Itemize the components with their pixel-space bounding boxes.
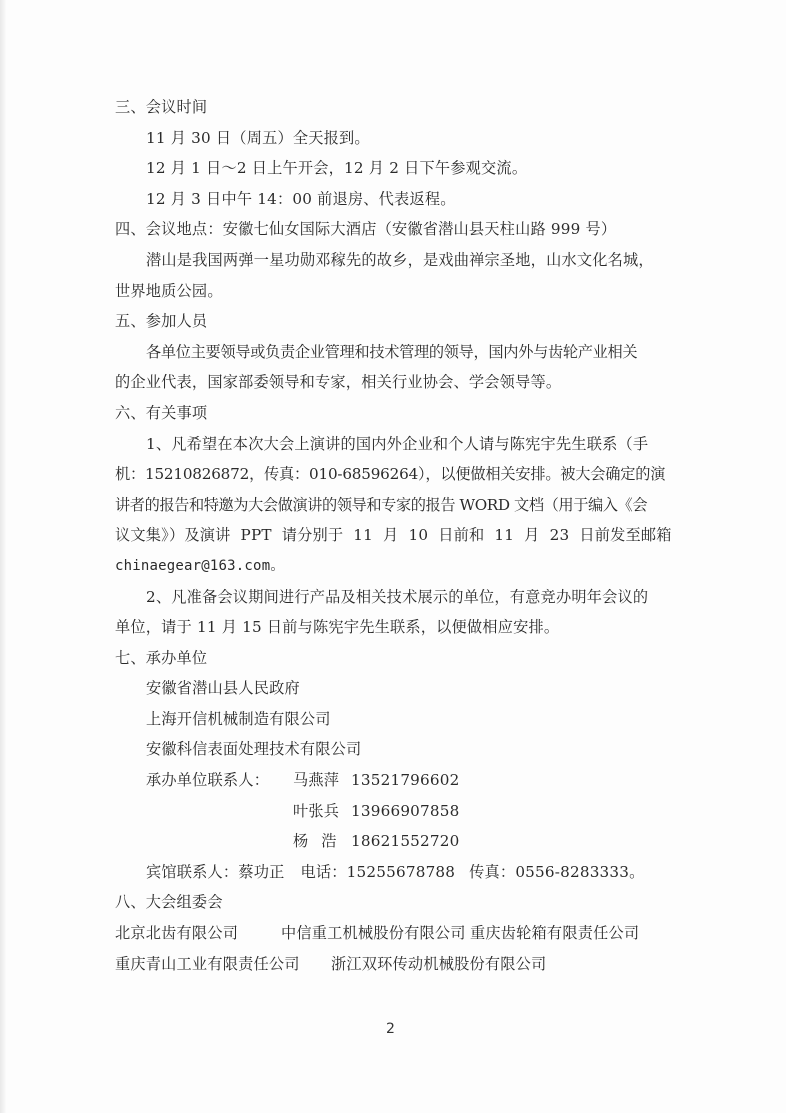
notes-item-1-line: 讲者的报告和特邀为大会做演讲的领导和专家的报告 WORD 文档（用于编入《会 [115, 490, 677, 521]
contact-email-link[interactable]: chinaegear@163.com。 [115, 551, 677, 582]
organizer-contact-row: 叶张兵 13966907858 [115, 796, 677, 827]
contact-phone: 18621552720 [351, 826, 460, 857]
notes-item-2-line: 单位，请于 11 月 15 日前与陈宪宇先生联系，以便做相应安排。 [115, 612, 677, 643]
section-heading-committee: 八、大会组委会 [115, 887, 677, 918]
contact-name: 叶张兵 [293, 796, 351, 827]
paragraph-line: 各单位主要领导或负责企业管理和技术管理的领导，国内外与齿轮产业相关 [115, 337, 677, 368]
notes-item-1-line: 机：15210826872，传真：010-68596264），以便做相关安排。被… [115, 459, 677, 490]
scan-page-edge [0, 0, 6, 1113]
notes-item-2-line: 2、凡准备会议期间进行产品及相关技术展示的单位，有意竞办明年会议的 [115, 582, 677, 613]
hotel-contact-name: 宾馆联系人：蔡功正 [146, 857, 285, 888]
page-number: 2 [386, 1021, 395, 1037]
section-heading-meeting-location: 四、会议地点：安徽七仙女国际大酒店（安徽省潜山县天柱山路 999 号） [115, 214, 677, 245]
document-body: 三、会议时间 11 月 30 日（周五）全天报到。 12 月 1 日～2 日上午… [115, 92, 677, 979]
committee-member: 北京北齿有限公司 [115, 918, 281, 949]
organizer-contact-row: 杨浩 18621552720 [115, 826, 677, 857]
hotel-contact-row: 宾馆联系人：蔡功正 电话：15255678788 传真：0556-8283333… [115, 857, 677, 888]
section-heading-participants: 五、参加人员 [115, 306, 677, 337]
paragraph-line: 世界地质公园。 [115, 276, 677, 307]
section-heading-notes: 六、有关事项 [115, 398, 677, 429]
organizer-name: 上海开信机械制造有限公司 [115, 704, 677, 735]
paragraph-line: 潜山是我国两弹一星功勋邓稼先的故乡，是戏曲禅宗圣地，山水文化名城， [115, 245, 677, 276]
committee-row: 北京北齿有限公司 中信重工机械股份有限公司 重庆齿轮箱有限责任公司 [115, 918, 677, 949]
committee-member: 重庆齿轮箱有限责任公司 [470, 918, 639, 949]
committee-member: 中信重工机械股份有限公司 [281, 918, 470, 949]
section-heading-organizers: 七、承办单位 [115, 643, 677, 674]
contact-phone: 13966907858 [351, 796, 460, 827]
schedule-line: 12 月 3 日中午 14：00 前退房、代表返程。 [115, 184, 677, 215]
contact-phone: 13521796602 [351, 765, 460, 796]
schedule-line: 12 月 1 日～2 日上午开会，12 月 2 日下午参观交流。 [115, 153, 677, 184]
contact-label: 承办单位联系人： [146, 765, 293, 796]
committee-member: 重庆青山工业有限责任公司 [115, 949, 331, 980]
section-heading-meeting-time: 三、会议时间 [115, 92, 677, 123]
notes-item-1-line: 议文集》）及演讲 PPT 请分别于 11 月 10 日前和 11 月 23 日前… [115, 520, 677, 551]
committee-member: 浙江双环传动机械股份有限公司 [331, 949, 546, 980]
committee-row: 重庆青山工业有限责任公司 浙江双环传动机械股份有限公司 [115, 949, 677, 980]
schedule-line: 11 月 30 日（周五）全天报到。 [115, 123, 677, 154]
organizer-name: 安徽省潜山县人民政府 [115, 673, 677, 704]
organizer-contact-row: 承办单位联系人： 马燕萍 13521796602 [115, 765, 677, 796]
hotel-contact-tel: 电话：15255678788 [301, 857, 456, 888]
contact-name: 马燕萍 [293, 765, 351, 796]
paragraph-line: 的企业代表，国家部委领导和专家，相关行业协会、学会领导等。 [115, 367, 677, 398]
notes-item-1-line: 1、凡希望在本次大会上演讲的国内外企业和个人请与陈宪宇先生联系（手 [115, 429, 677, 460]
organizer-name: 安徽科信表面处理技术有限公司 [115, 734, 677, 765]
hotel-contact-fax: 传真：0556-8283333。 [469, 857, 644, 888]
contact-name: 杨浩 [293, 826, 351, 857]
